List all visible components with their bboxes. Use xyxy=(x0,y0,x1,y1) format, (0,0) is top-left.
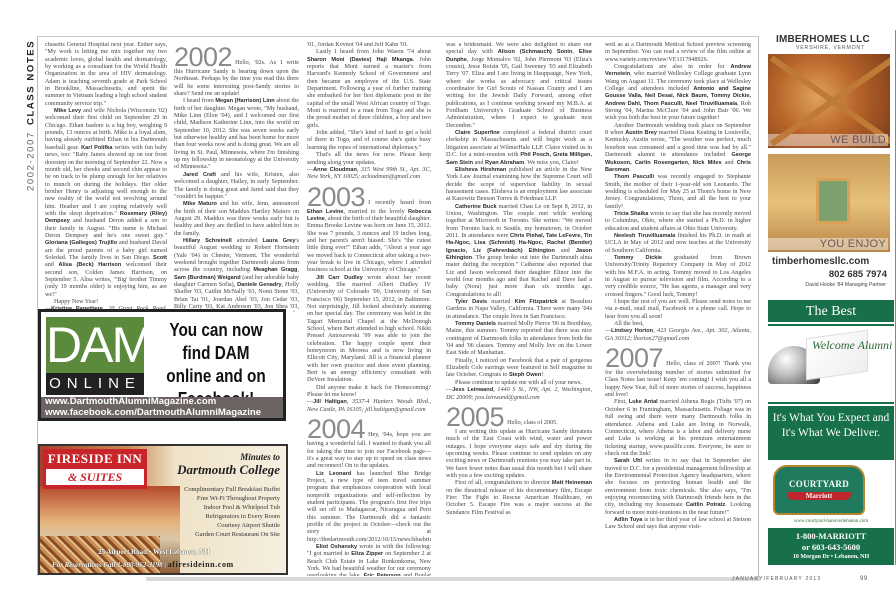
year-heading-2005: 2005Hello, class of 2005. xyxy=(446,405,592,429)
paragraph: Tommy Dickie graduated from Brown Univer… xyxy=(605,255,751,299)
timberhomes-ad[interactable]: IMBERHOMES LLC VERSHIRE, VERMONT WE BUIL… xyxy=(768,30,896,326)
timberhomes-logo: IMBERHOMES LLC xyxy=(776,34,870,45)
section-label: 2002-2007 CLASS NOTES xyxy=(24,40,38,250)
notes-column-4: was a bridesmaid. We were also delighted… xyxy=(446,42,592,576)
fireside-details: Minutes to Dartmouth College Complimenta… xyxy=(140,452,280,539)
dam-logo-online: ONLINE xyxy=(46,373,144,395)
amenity-item: Indoor Pool & Whirlpool Tub xyxy=(140,503,280,512)
paragraph: Liz Leonard has launched Blue Bridge Pro… xyxy=(307,471,431,544)
dam-facebook-link[interactable]: www.facebook.com/DartmouthAlumniMagazine xyxy=(45,408,283,419)
paragraph: Thom Pasculli was recently engaged to St… xyxy=(605,174,751,211)
courtyard-logo: COURTYARD Marriott xyxy=(773,465,865,515)
dam-logo: DAM xyxy=(46,317,144,373)
dam-url-band: www.DartmouthAlumniMagazine.com www.face… xyxy=(41,397,283,418)
paragraph: Happy New Year! xyxy=(45,299,167,306)
paragraph: Jared Craft and his wife, Kristen, also … xyxy=(174,172,299,201)
paragraph: That's all the news for now. Please keep… xyxy=(307,152,431,167)
courtyard-headline: The Best xyxy=(768,300,894,324)
paragraph: Eliot Oshansky wrote in with the followi… xyxy=(307,544,431,576)
paragraph: Another Dartmouth wedding took place on … xyxy=(605,123,751,174)
dam-online-ad[interactable]: DAM ONLINE You can now find DAM online a… xyxy=(38,309,286,421)
bottom-rule xyxy=(146,577,760,581)
amenity-item: Complimentary Full Breakfast Buffet xyxy=(140,485,280,494)
section-year-range: 2002-2007 xyxy=(26,131,37,191)
paragraph: Sarah Uhl writes in to say that in Septe… xyxy=(605,458,751,517)
timberhomes-partner: David Hooke '84 Managing Partner xyxy=(768,282,886,288)
signature: —Jess Leinwand, 1440 S St., NW, Apt. 2, … xyxy=(446,387,592,402)
timber-interior-photo: YOU ENJOY xyxy=(768,154,890,252)
page-number: 99 xyxy=(860,576,868,582)
paragraph: First, Luke Antal married Athena Bogis (… xyxy=(605,399,751,458)
paragraph: Tricia Shaika wrote to say that she has … xyxy=(605,211,751,233)
signature: —Jill Haltigan, 3537-4 Hunters Woods Blv… xyxy=(307,399,431,414)
paragraph: Mike Maturo and his wife, Jenn, announce… xyxy=(174,201,299,238)
timberhomes-phone: 802 685 7974 xyxy=(829,269,887,280)
issue-date: JANUARY/FEBRUARY 2013 xyxy=(732,576,821,582)
service-bell-image: Welcome Alumni xyxy=(768,328,894,400)
paragraph: Hillary Schreinell attended Laura Grey's… xyxy=(174,238,299,312)
notes-column-5: well as at a Dartmouth Medical School pr… xyxy=(605,42,751,576)
paragraph: Adlin Tuya is in her third year of law s… xyxy=(605,517,751,532)
timberhomes-location: VERSHIRE, VERMONT xyxy=(796,45,865,51)
amenity-item: Refrigerators in Every Room xyxy=(140,512,280,521)
year-heading-2004: 2004Hey, '04s, hope you are having a won… xyxy=(307,417,431,470)
section-title: CLASS NOTES xyxy=(26,40,37,125)
timberhomes-website-link[interactable]: timberhomesllc.com xyxy=(772,256,869,267)
amenities-list: Complimentary Full Breakfast Buffet Free… xyxy=(140,485,280,539)
courtyard-contact: 1-800-MARRIOTT or 603-643-5600 10 Morgan… xyxy=(768,528,894,565)
paragraph: well as at a Dartmouth Medical School pr… xyxy=(605,42,751,64)
year-heading-2002: 2002Hello, '02s. As I write this Hurrica… xyxy=(174,45,299,98)
paragraph: Lastly I heard from John Wason '74 about… xyxy=(307,49,431,130)
paragraph: Congratulations are also in order for An… xyxy=(605,64,751,123)
column-divider xyxy=(758,36,759,578)
fireside-website-link[interactable]: afiresideinn.com xyxy=(168,560,234,569)
paragraph: John added, "She's kind of hard to get a… xyxy=(307,130,431,152)
paragraph: I hope the rest of you are well. Please … xyxy=(605,299,751,321)
paragraph: Neelesh Tiruvilluamala finished his Ph.D… xyxy=(605,233,751,255)
courtyard-marriott-ad[interactable]: The Best Welcome Alumni It's What You Ex… xyxy=(768,297,896,565)
signature: —Anne Cloudman, 315 West 99th St., Apt. … xyxy=(307,167,431,182)
paragraph: Tyler Davis married Kim Fitzpatrick at B… xyxy=(446,299,592,321)
year-heading-2003: 2003I recently heard from Ethan Levine, … xyxy=(307,185,431,275)
dam-website-link[interactable]: www.DartmouthAlumniMagazine.com xyxy=(45,397,283,408)
amenity-item: Free Wi-Fi Throughout Property xyxy=(140,494,280,503)
amenity-item: Garden Court Restaurant On Site xyxy=(140,530,280,539)
paragraph: I am writing this update as Hurricane Sa… xyxy=(446,429,592,480)
notes-column-2: 2002Hello, '02s. As I write this Hurrica… xyxy=(174,42,299,312)
fireside-contact: For Reservations Call 1-800-962-3198 | a… xyxy=(52,560,234,569)
paragraph: Mike Levy and wife Nichola (Wisconsin '0… xyxy=(45,108,167,299)
fireside-address: 25 Airport Road • West Lebanon, NH xyxy=(98,548,210,556)
paragraph: Catherine Buck married Chau Le on Sept 8… xyxy=(446,204,592,299)
paragraph: Claire Superfine completed a federal dis… xyxy=(446,130,592,167)
paragraph: First of all, congratulations to directo… xyxy=(446,480,592,517)
amenity-item: Courtesy Airport Shuttle xyxy=(140,521,280,530)
year-heading-2007: 2007Hello, class of 2007! Thank you for … xyxy=(605,346,751,399)
timber-frame-ceiling-photo: WE BUILD xyxy=(768,54,890,148)
paragraph: was a bridesmaid. We were also delighted… xyxy=(446,42,592,130)
signature: —Lindsey Horton, 423 Georgia Ave., Apt. … xyxy=(605,328,751,343)
paragraph: Did anyone make it back for Homecoming? … xyxy=(307,385,431,400)
fireside-logo: FIRESIDE INN & SUITES xyxy=(43,449,147,489)
notes-column-3: '01, Jordan Kovnot '04 and Jeff Kahn '01… xyxy=(307,42,431,576)
courtyard-website-link[interactable]: www.courtyard-hanoverlebanon.com xyxy=(768,519,894,524)
paragraph: chusetts General Hospital next year. Est… xyxy=(45,42,167,108)
courtyard-slogan: It's What You Expect and It's What We De… xyxy=(768,404,894,460)
paragraph: Finally, I noticed on Facebook that a pa… xyxy=(446,358,592,380)
fireside-inn-ad[interactable]: FIRESIDE INN & SUITES Minutes to Dartmou… xyxy=(38,444,288,575)
paragraph: Tommy Daniels married Molly Pierce '06 i… xyxy=(446,321,592,358)
paragraph: I heard from Megan (Harrison) Linn about… xyxy=(174,98,299,171)
notes-column-1: chusetts General Hospital next year. Est… xyxy=(45,42,167,310)
paragraph: Jill Carr Dudley wrote about her recent … xyxy=(307,275,431,385)
paragraph: Elisheva Hirshman published an article i… xyxy=(446,167,592,204)
